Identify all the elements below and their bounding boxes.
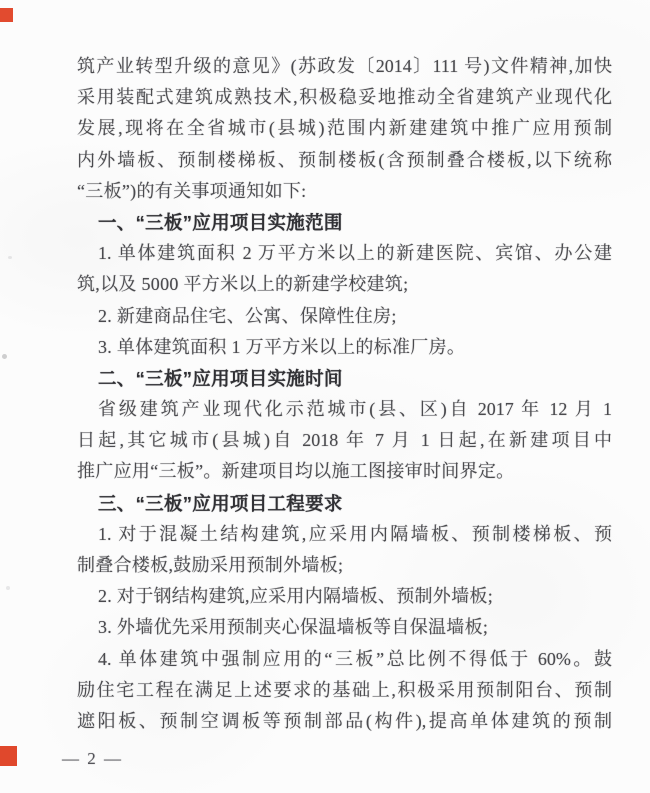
text-line: 日起,其它城市(县城)自 2018 年 7 月 1 日起,在新建项目中 bbox=[77, 425, 612, 456]
text-line: 励住宅工程在满足上述要求的基础上,积极采用预制阳台、预制 bbox=[77, 675, 612, 706]
text-line: 推广应用“三板”。新建项目均以施工图接审时间界定。 bbox=[77, 456, 612, 487]
section-heading: 一、“三板”应用项目实施范围 bbox=[77, 207, 612, 238]
text-line: 采用装配式建筑成熟技术,积极稳妥地推动全省建筑产业现代化 bbox=[77, 82, 612, 113]
page-number: — 2 — bbox=[62, 749, 123, 769]
text-line: “三板”)的有关事项通知如下: bbox=[77, 176, 612, 207]
text-line: 遮阳板、预制空调板等预制部品(构件),提高单体建筑的预制 bbox=[77, 706, 612, 737]
red-stamp-mark-bottom bbox=[0, 746, 17, 766]
red-stamp-mark-top bbox=[0, 8, 13, 22]
text-line: 内外墙板、预制楼梯板、预制楼板(含预制叠合楼板,以下统称 bbox=[77, 145, 612, 176]
text-line: 2. 新建商品住宅、公寓、保障性住房; bbox=[77, 301, 612, 332]
text-line: 发展,现将在全省城市(县城)范围内新建建筑中推广应用预制 bbox=[77, 113, 612, 144]
text-line: 制叠合楼板,鼓励采用预制外墙板; bbox=[77, 550, 612, 581]
scan-speck bbox=[6, 586, 10, 590]
text-line: 3. 单体建筑面积 1 万平方米以上的标准厂房。 bbox=[77, 332, 612, 363]
text-line: 2. 对于钢结构建筑,应采用内隔墙板、预制外墙板; bbox=[77, 581, 612, 612]
text-line: 4. 单体建筑中强制应用的“三板”总比例不得低于 60%。鼓 bbox=[77, 644, 612, 675]
scan-speck bbox=[8, 256, 12, 259]
scanned-document-page: { "page": { "background_color": "#fcfcfc… bbox=[0, 0, 650, 793]
section-heading: 二、“三板”应用项目实施时间 bbox=[77, 363, 612, 394]
text-line: 筑,以及 5000 平方米以上的新建学校建筑; bbox=[77, 269, 612, 300]
text-block: 筑产业转型升级的意见》(苏政发〔2014〕111 号)文件精神,加快采用装配式建… bbox=[77, 51, 612, 737]
scan-speck bbox=[2, 354, 7, 359]
text-line: 1. 单体建筑面积 2 万平方米以上的新建医院、宾馆、办公建 bbox=[77, 238, 612, 269]
text-line: 筑产业转型升级的意见》(苏政发〔2014〕111 号)文件精神,加快 bbox=[77, 51, 612, 82]
text-line: 1. 对于混凝土结构建筑,应采用内隔墙板、预制楼梯板、预 bbox=[77, 519, 612, 550]
section-heading: 三、“三板”应用项目工程要求 bbox=[77, 488, 612, 519]
text-line: 省级建筑产业现代化示范城市(县、区)自 2017 年 12 月 1 bbox=[77, 394, 612, 425]
text-line: 3. 外墙优先采用预制夹心保温墙板等自保温墙板; bbox=[77, 612, 612, 643]
